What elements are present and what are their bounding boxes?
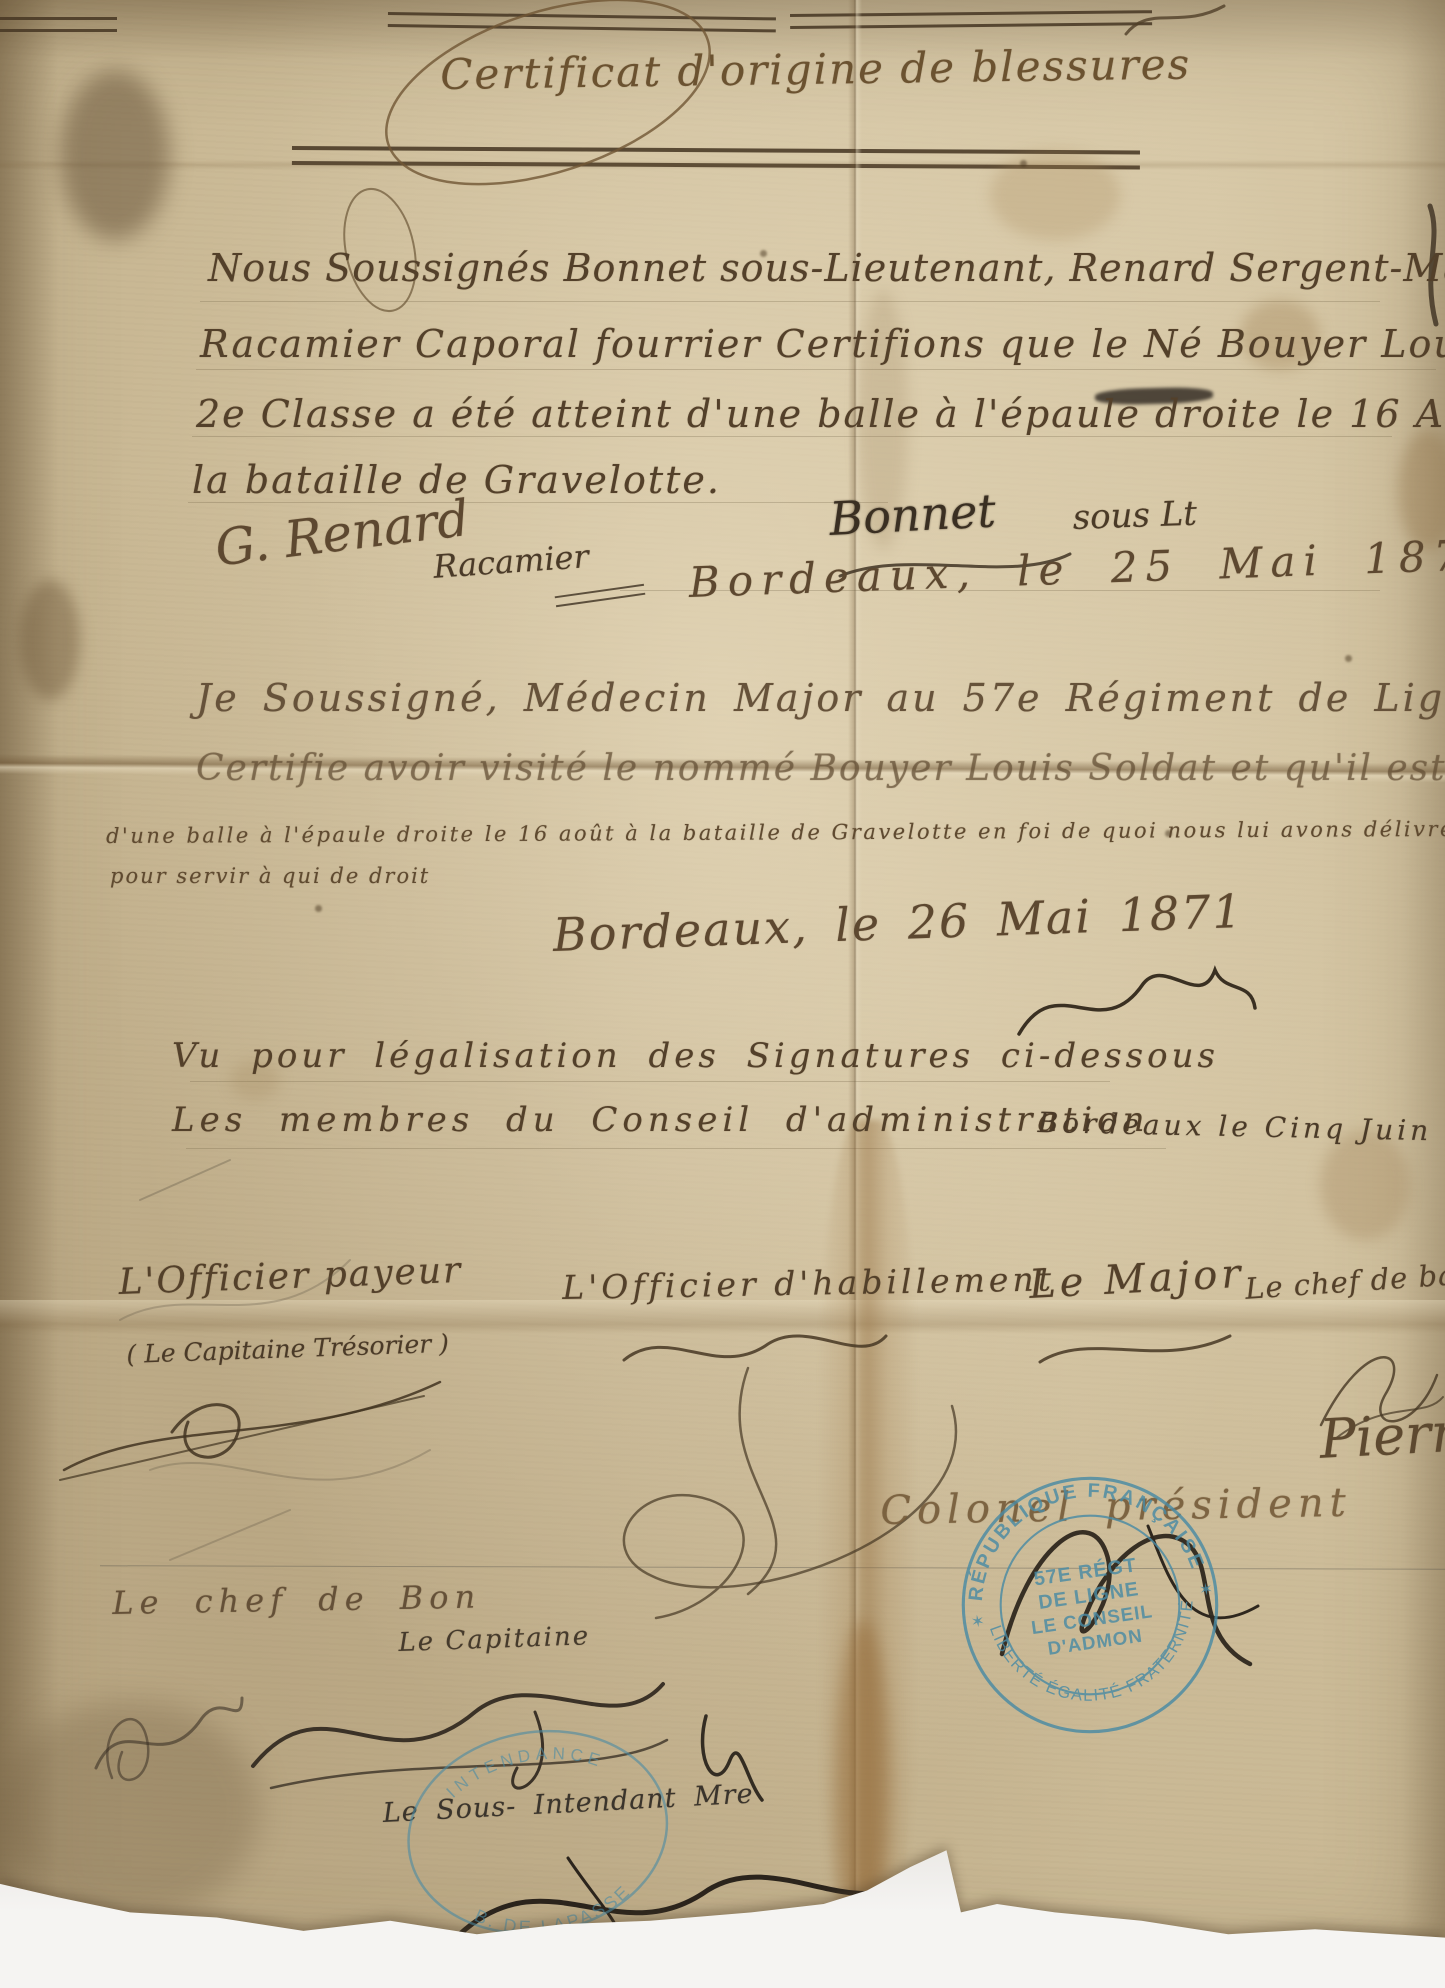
ink-spot: [1345, 655, 1352, 662]
body-line-small: pour servir à qui de droit: [110, 864, 430, 888]
republique-francaise-stamp: RÉPUBLIQUE FRANÇAISE LIBERTÉ ÉGALITÉ FRA…: [938, 1453, 1243, 1758]
stamp-star-right: ✶: [1198, 1579, 1214, 1600]
document-page: Certificat d'origine de blessures Nous S…: [0, 0, 1445, 1988]
rule-top-right: [790, 10, 1152, 29]
signature-bonnet: Bonnet: [828, 483, 997, 546]
baseline: [196, 369, 1436, 370]
ink-spot: [315, 905, 322, 912]
legalisation-line: Les membres du Conseil d'administration: [172, 1100, 1150, 1140]
signature-underline: [555, 584, 646, 607]
oval-stamp-top-arc: INTENDANCE: [438, 1733, 611, 1804]
corner-mark: [1120, 0, 1230, 40]
baseline: [192, 436, 1392, 437]
baseline: [188, 502, 888, 503]
body-line: 2e Classe a été atteint d'une balle à l'…: [196, 392, 1445, 436]
legalisation-dateline: Bordeaux le Cinq Juin 187: [1037, 1106, 1445, 1149]
svg-text:INTENDANCE: INTENDANCE: [438, 1733, 611, 1804]
officer-chef-bataillon-label: Le chef de bataillon: [1244, 1250, 1445, 1306]
body-line: Je Soussigné, Médecin Major au 57e Régim…: [196, 676, 1445, 720]
document-title: Certificat d'origine de blessures: [440, 40, 1191, 99]
vu-mark: [686, 1700, 786, 1810]
signature-pierron: Pierron: [1318, 1397, 1445, 1471]
title-flourish: [368, 0, 768, 200]
body-line-faded: Certifie avoir visité le nommé Bouyer Lo…: [196, 748, 1445, 789]
signature-bonnet-title: sous Lt: [1072, 494, 1198, 538]
pencil-scribbles: [110, 1140, 450, 1570]
body-line-small: d'une balle à l'épaule droite le 16 août…: [106, 816, 1445, 848]
stain: [990, 150, 1120, 240]
stain: [60, 70, 170, 240]
torn-bottom-edge: [0, 1820, 1445, 1988]
rule-top-left: [0, 17, 117, 32]
ink-spot: [1020, 160, 1027, 167]
chef-de-bataillon-abbrev: Le chef de Bon: [112, 1578, 481, 1622]
stamp-star-left: ✶: [969, 1611, 985, 1632]
scanner-background: [0, 1820, 1445, 1988]
body-line: Nous Soussignés Bonnet sous-Lieutenant, …: [208, 246, 1445, 290]
signature-faint-left: [82, 1668, 252, 1798]
legalisation-line: Vu pour légalisation des Signatures ci-d…: [172, 1036, 1219, 1076]
body-line: Racamier Caporal fourrier Certifions que…: [200, 322, 1445, 366]
signature-flourish-major: [1030, 1318, 1240, 1378]
baseline: [190, 1081, 1110, 1082]
stain: [20, 580, 80, 700]
